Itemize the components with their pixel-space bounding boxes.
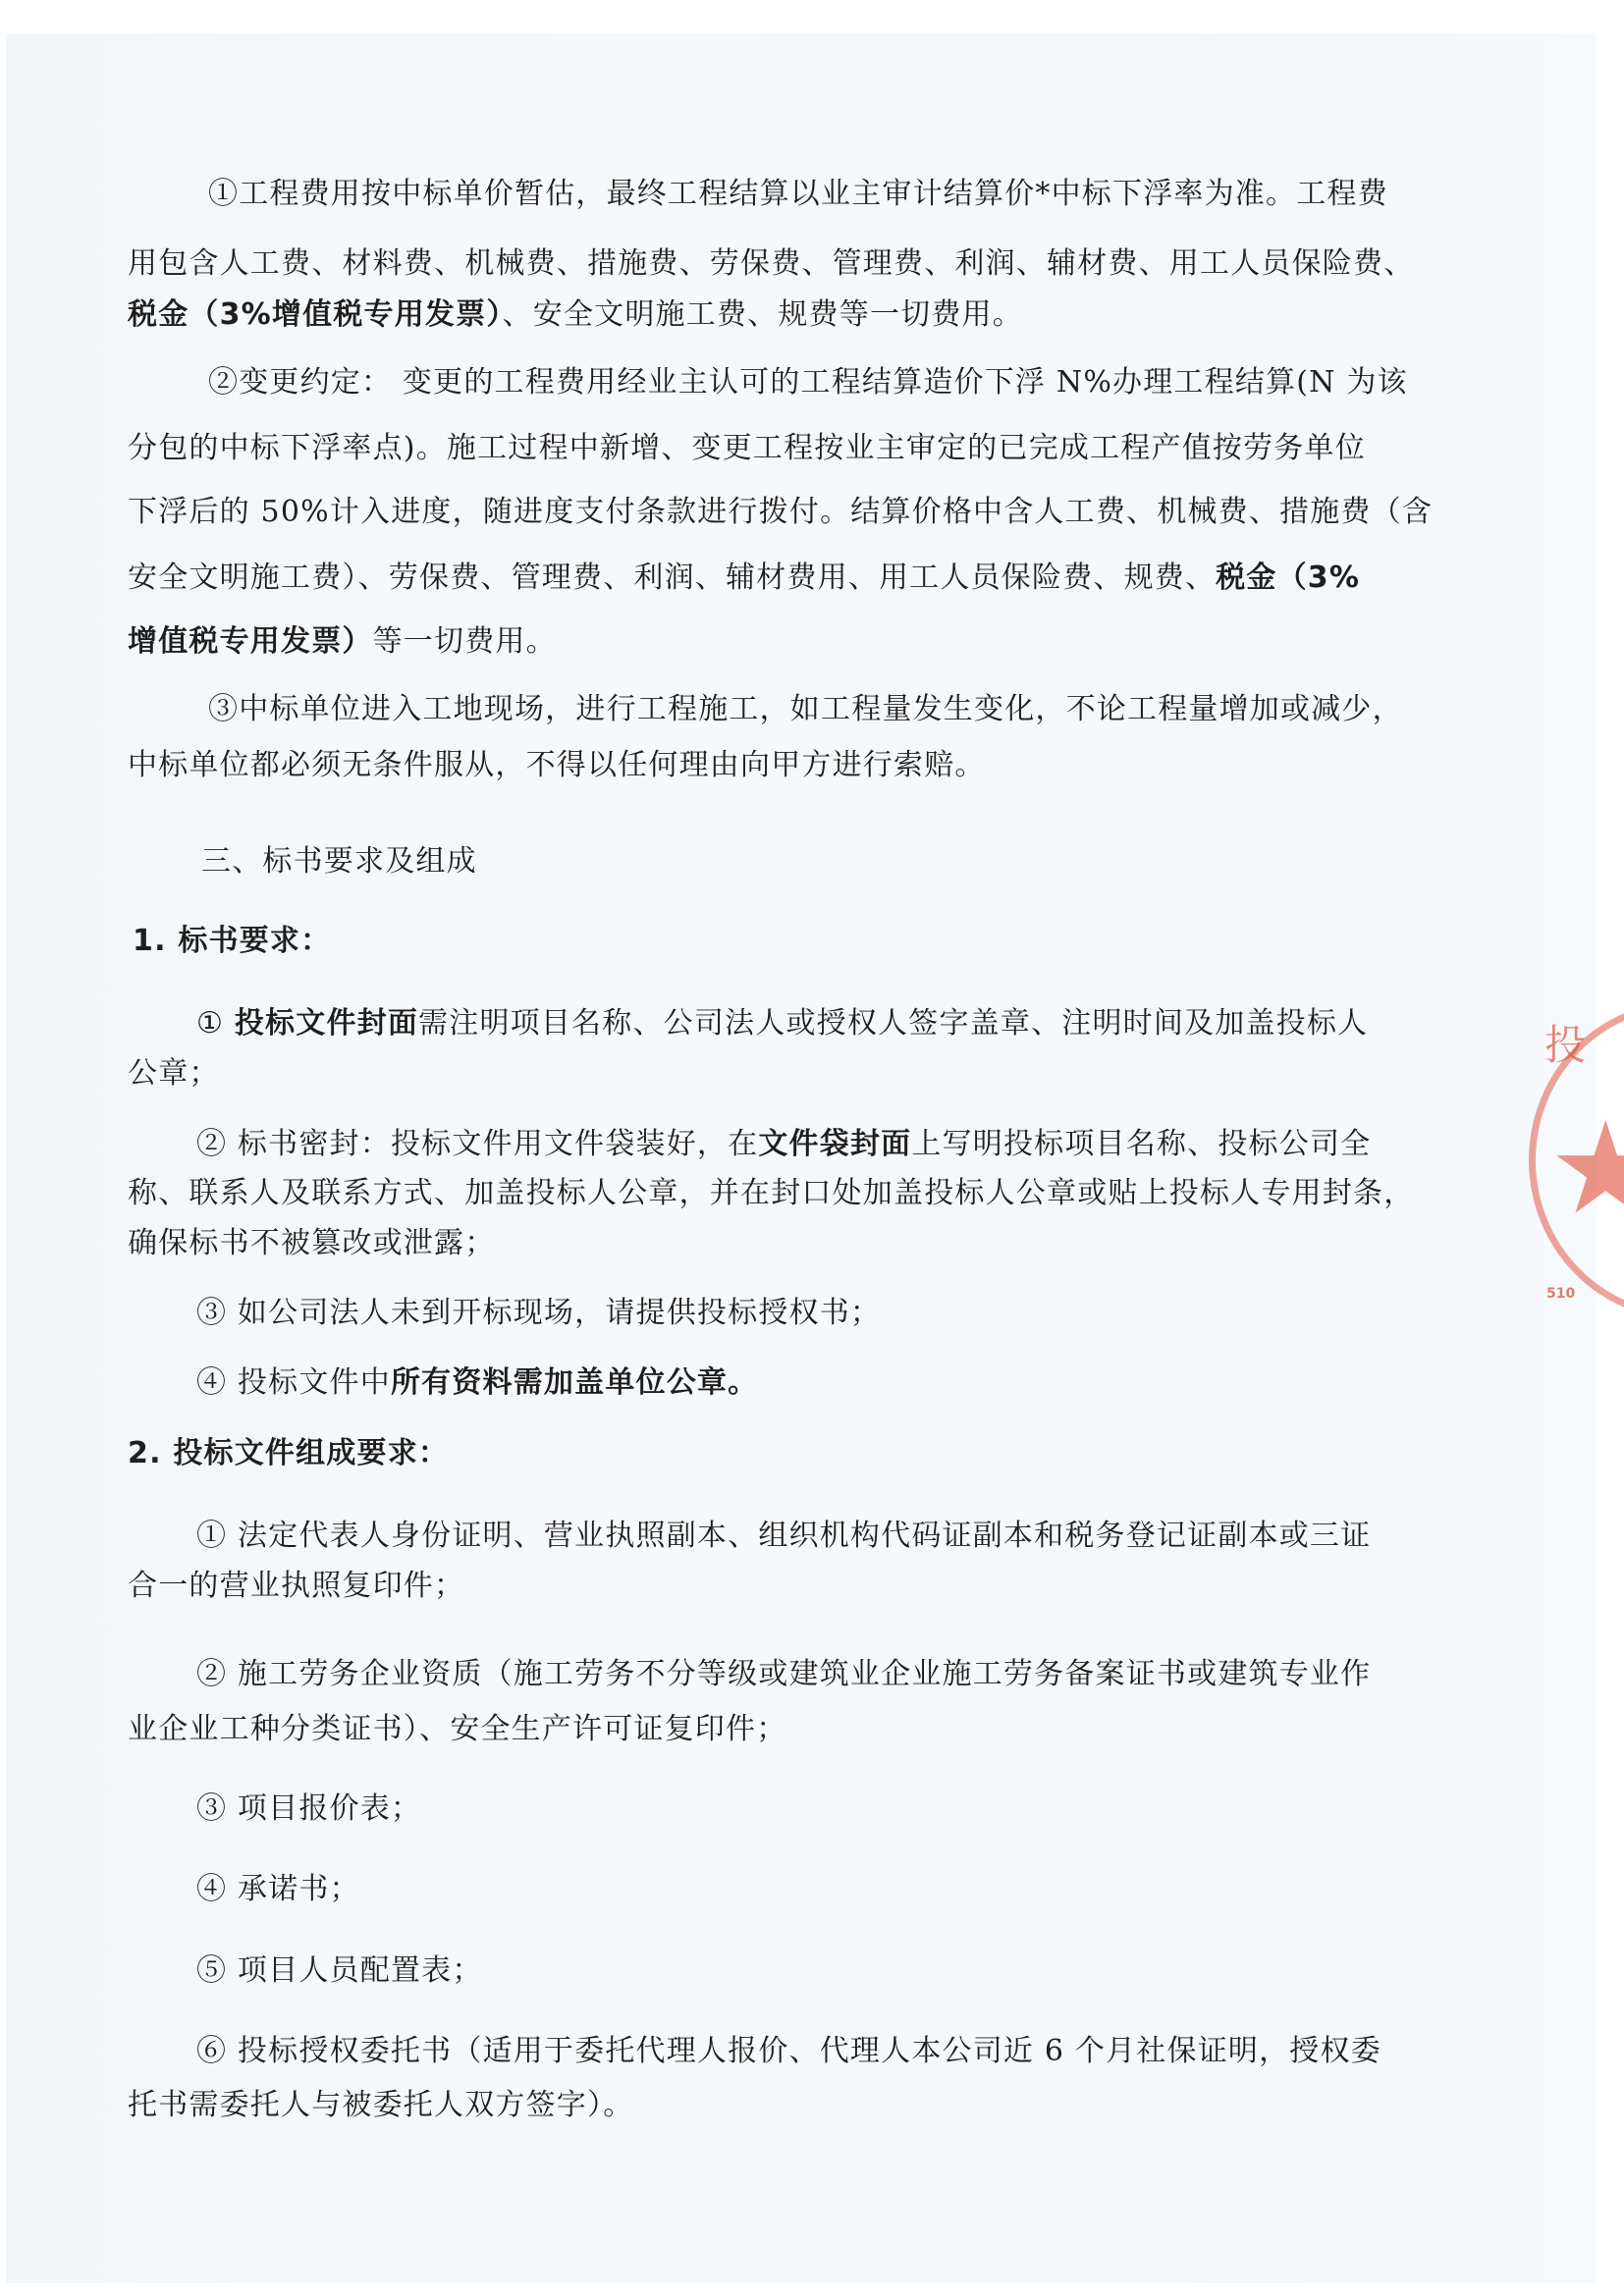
sub1-item2-a: ② 标书密封：投标文件用文件袋装好，在 [196, 1127, 758, 1161]
sub1-item2-b: 上写明投标项目名称、投标公司全 [911, 1127, 1371, 1161]
fee-item2-line5-rest: 等一切费用。 [373, 624, 557, 659]
sub2-item4: ④ 承诺书； [196, 1870, 360, 1909]
fee-item2-line1: ②变更约定： 变更的工程费用经业主认可的工程结算造价下浮 N%办理工程结算(N … [208, 363, 1408, 402]
sub1-item1-prefix: ① [196, 1006, 235, 1041]
section3-heading: 三、标书要求及组成 [201, 842, 477, 881]
sub1-item1-rest: 需注明项目名称、公司法人或授权人签字盖章、注明时间及加盖投标人 [418, 1006, 1368, 1041]
sub2-item3: ③ 项目报价表； [196, 1789, 421, 1829]
fee-item1-line3: 税金（3%增值税专用发票）、安全文明施工费、规费等一切费用。 [128, 295, 1023, 335]
fee-item2-line5: 增值税专用发票）等一切费用。 [128, 622, 557, 662]
sub2-item6-line2: 托书需委托人与被委托人双方签字）。 [128, 2086, 633, 2125]
fee-item2-line2: 分包的中标下浮率点)。施工过程中新增、变更工程按业主审定的已完成工程产值按劳务单… [128, 429, 1366, 468]
sub1-item2-line1: ② 标书密封：投标文件用文件袋装好，在文件袋封面上写明投标项目名称、投标公司全 [196, 1125, 1371, 1164]
sub1-heading: 1. 标书要求： [133, 922, 331, 961]
fee-item1-line2: 用包含人工费、材料费、机械费、措施费、劳保费、管理费、利润、辅材费、用工人员保险… [128, 244, 1414, 284]
sub2-item2-line1: ② 施工劳务企业资质（施工劳务不分等级或建筑业企业施工劳务备案证书或建筑专业作 [196, 1655, 1371, 1694]
cover-bold: 投标文件封面 [235, 1006, 418, 1041]
sub1-item1-line2: 公章； [128, 1054, 220, 1094]
fee-item2-line4-rest: 安全文明施工费）、劳保费、管理费、利润、辅材费用、用工人员保险费、规费、 [128, 561, 1216, 595]
seal-all-bold: 所有资料需加盖单位公章。 [391, 1365, 758, 1400]
fee-item3-line2: 中标单位都必须无条件服从，不得以任何理由向甲方进行索赔。 [128, 746, 986, 785]
envelope-cover-bold: 文件袋封面 [758, 1127, 911, 1161]
sub2-item1-line2: 合一的营业执照复印件； [128, 1567, 464, 1606]
fee-item2-line4: 安全文明施工费）、劳保费、管理费、利润、辅材费用、用工人员保险费、规费、税金（3… [128, 559, 1360, 598]
sub2-item6-line1: ⑥ 投标授权委托书（适用于委托代理人报价、代理人本公司近 6 个月社保证明，授权… [196, 2032, 1381, 2071]
sub2-item1-line1: ① 法定代表人身份证明、营业执照副本、组织机构代码证副本和税务登记证副本或三证 [196, 1517, 1371, 1556]
sub1-item2-line3: 确保标书不被篡改或泄露； [128, 1224, 495, 1263]
fee-item1-line3-rest: 、安全文明施工费、规费等一切费用。 [503, 297, 1023, 332]
sub1-item2-line2: 称、联系人及联系方式、加盖投标人公章，并在封口处加盖投标人公章或贴上投标人专用封… [128, 1174, 1414, 1213]
fee-item2-line3: 下浮后的 50%计入进度，随进度支付条款进行拨付。结算价格中含人工费、机械费、措… [128, 493, 1433, 532]
tax-bold: 税金（3% [1216, 561, 1360, 595]
sub2-item5: ⑤ 项目人员配置表； [196, 1951, 483, 1991]
vat-invoice-bold: 增值税专用发票） [128, 624, 373, 659]
sub2-heading: 2. 投标文件组成要求： [128, 1434, 449, 1473]
sub2-item2-line2: 业企业工种分类证书）、安全生产许可证复印件； [128, 1710, 786, 1749]
sub1-item4-prefix: ④ 投标文件中 [196, 1365, 391, 1400]
sub1-item4: ④ 投标文件中所有资料需加盖单位公章。 [196, 1363, 758, 1403]
sub1-item1-line1: ① 投标文件封面需注明项目名称、公司法人或授权人签字盖章、注明时间及加盖投标人 [196, 1004, 1368, 1043]
fee-item3-line1: ③中标单位进入工地现场，进行工程施工，如工程量发生变化，不论工程量增加或减少， [208, 690, 1403, 729]
tax-invoice-bold: 税金（3%增值税专用发票） [128, 297, 503, 332]
sub1-item3: ③ 如公司法人未到开标现场，请提供投标授权书； [196, 1294, 881, 1333]
fee-item1-line1: ①工程费用按中标单价暂估，最终工程结算以业主审计结算价*中标下浮率为准。工程费 [208, 175, 1388, 214]
